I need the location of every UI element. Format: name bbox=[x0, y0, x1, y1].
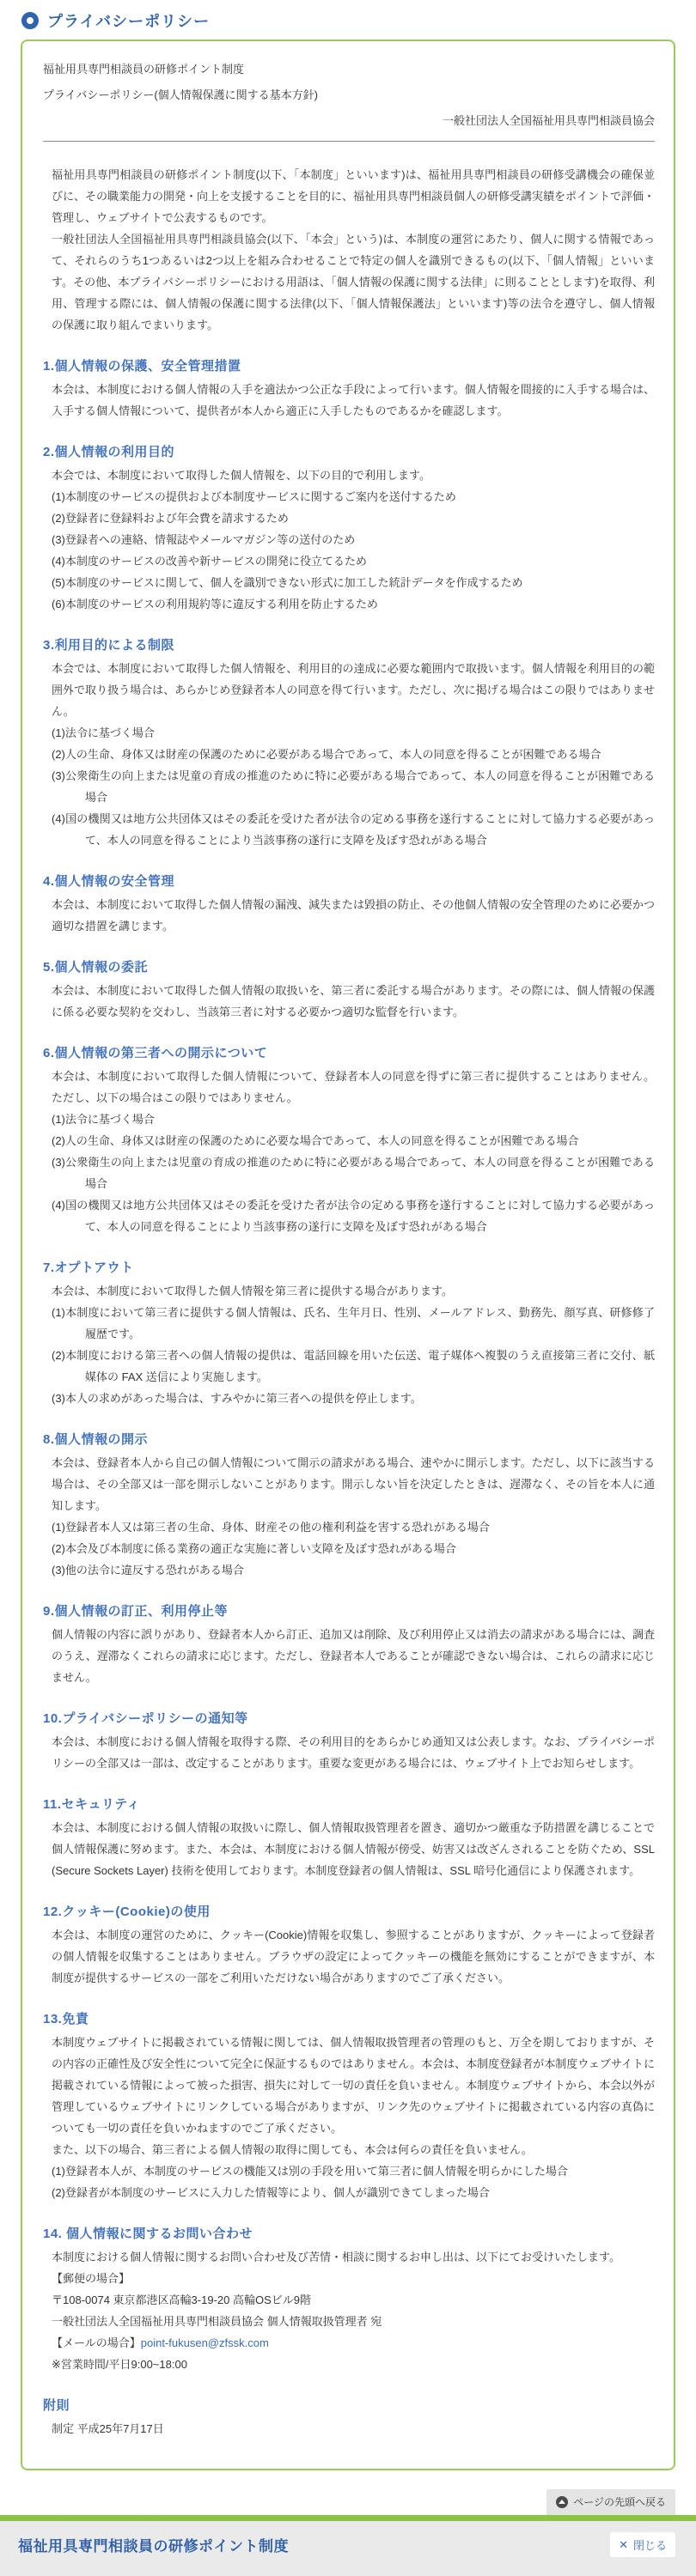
policy-sections: 1.個人情報の保護、安全管理措置本会は、本制度における個人情報の入手を適法かつ公… bbox=[43, 356, 655, 2375]
section-heading: 1.個人情報の保護、安全管理措置 bbox=[43, 356, 655, 374]
policy-section: 8.個人情報の開示本会は、登録者本人から自己の個人情報について開示の請求がある場… bbox=[43, 1430, 655, 1581]
section-heading: 7.オプトアウト bbox=[43, 1258, 655, 1276]
page-header: プライバシーポリシー bbox=[0, 0, 696, 39]
section-paragraph: 本会は、本制度の運営のために、クッキー(Cookie)情報を収集し、参照すること… bbox=[52, 1924, 655, 1989]
section-list-item: (5)本制度のサービスに関して、個人を識別できない形式に加工した統計データを作成… bbox=[52, 572, 655, 593]
system-name: 福祉用具専門相談員の研修ポイント制度 bbox=[43, 62, 655, 77]
policy-section: 9.個人情報の訂正、利用停止等個人情報の内容に誤りがあり、登録者本人から訂正、追… bbox=[43, 1601, 655, 1688]
intro-paragraph: 福祉用具専門相談員の研修ポイント制度(以下、「本制度」といいます)は、福祉用具専… bbox=[52, 164, 655, 228]
policy-section: 1.個人情報の保護、安全管理措置本会は、本制度における個人情報の入手を適法かつ公… bbox=[43, 356, 655, 422]
section-paragraph: 本会は、本制度において取得した個人情報について、登録者本人の同意を得ずに第三者に… bbox=[52, 1066, 655, 1109]
section-heading: 12.クッキー(Cookie)の使用 bbox=[43, 1902, 655, 1920]
document-title: プライバシーポリシー(個人情報保護に関する基本方針) bbox=[43, 88, 655, 103]
section-list-item: (4)国の機関又は地方公共団体又はその委託を受けた者が法令の定める事務を遂行する… bbox=[52, 1194, 655, 1237]
intro-paragraph: 一般社団法人全国福祉用具専門相談員協会(以下、「本会」という)は、本制度の運営に… bbox=[52, 228, 655, 336]
close-icon: ✕ bbox=[619, 2538, 628, 2552]
policy-section: 3.利用目的による制限本会では、本制度において取得した個人情報を、利用目的の達成… bbox=[43, 635, 655, 851]
section-heading: 5.個人情報の委託 bbox=[43, 957, 655, 975]
policy-section: 6.個人情報の第三者への開示について本会は、本制度において取得した個人情報につい… bbox=[43, 1043, 655, 1237]
policy-section: 12.クッキー(Cookie)の使用本会は、本制度の運営のために、クッキー(Co… bbox=[43, 1902, 655, 1989]
section-list-item: (2)人の生命、身体又は財産の保護のために必要な場合であって、本人の同意を得るこ… bbox=[52, 1130, 655, 1151]
section-list-item: (2)登録者が本制度のサービスに入力した情報等により、個人が識別できてしまった場… bbox=[52, 2182, 655, 2203]
policy-section: 7.オプトアウト本会は、本制度において取得した個人情報を第三者に提供する場合があ… bbox=[43, 1258, 655, 1409]
policy-section: 2.個人情報の利用目的本会では、本制度において取得した個人情報を、以下の目的で利… bbox=[43, 442, 655, 615]
policy-section: 4.個人情報の安全管理本会は、本制度において取得した個人情報の漏洩、減失または毀… bbox=[43, 872, 655, 937]
section-heading: 3.利用目的による制限 bbox=[43, 635, 655, 653]
section-list-item: (1)法令に基づく場合 bbox=[52, 722, 655, 744]
section-heading: 13.免責 bbox=[43, 2009, 655, 2027]
section-paragraph: 本会では、本制度において取得した個人情報を、以下の目的で利用します。 bbox=[52, 465, 655, 486]
page-top-row: ページの先頭へ戻る bbox=[0, 2470, 696, 2515]
section-list-item: (1)本制度において第三者に提供する個人情報は、氏名、生年月日、性別、メールアド… bbox=[52, 1302, 655, 1345]
section-list-item: (2)本会及び本制度に係る業務の適正な実施に著しい支障を及ぼす恐れがある場合 bbox=[52, 1538, 655, 1559]
footer-title: 福祉用具専門相談員の研修ポイント制度 bbox=[18, 2534, 289, 2555]
section-heading: 6.個人情報の第三者への開示について bbox=[43, 1043, 655, 1061]
section-heading: 4.個人情報の安全管理 bbox=[43, 872, 655, 890]
section-paragraph: 本会は、本制度において取得した個人情報を第三者に提供する場合があります。 bbox=[52, 1280, 655, 1302]
section-heading: 2.個人情報の利用目的 bbox=[43, 442, 655, 460]
section-paragraph: また、以下の場合、第三者による個人情報の取得に関しても、本会は何らの責任を負いま… bbox=[52, 2139, 655, 2160]
section-heading: 8.個人情報の開示 bbox=[43, 1430, 655, 1448]
policy-content-box: 福祉用具専門相談員の研修ポイント制度 プライバシーポリシー(個人情報保護に関する… bbox=[21, 39, 675, 2470]
section-list-item: (4)本制度のサービスの改善や新サービスの開発に役立てるため bbox=[52, 550, 655, 572]
appendix-text: 制定 平成25年7月17日 bbox=[52, 2418, 655, 2439]
policy-section: 13.免責本制度ウェブサイトに掲載されている情報に関しては、個人情報取扱管理者の… bbox=[43, 2009, 655, 2203]
privacy-policy-page: プライバシーポリシー 福祉用具専門相談員の研修ポイント制度 プライバシーポリシー… bbox=[0, 0, 696, 2576]
section-paragraph: 一般社団法人全国福祉用具専門相談員協会 個人情報取扱管理者 宛 bbox=[52, 2311, 655, 2332]
policy-section: 10.プライバシーポリシーの通知等本会は、本制度における個人情報を取得する際、そ… bbox=[43, 1709, 655, 1774]
policy-section: 11.セキュリティ本会は、本制度における個人情報の取扱いに際し、個人情報取扱管理… bbox=[43, 1795, 655, 1881]
section-list-item: (2)人の生命、身体又は財産の保護のために必要がある場合であって、本人の同意を得… bbox=[52, 744, 655, 765]
back-to-top-button[interactable]: ページの先頭へ戻る bbox=[546, 2489, 675, 2515]
close-label: 閉じる bbox=[633, 2537, 667, 2553]
footer-green-bar bbox=[0, 2515, 696, 2521]
section-list-item: (3)本人の求めがあった場合は、すみやかに第三者への提供を停止します。 bbox=[52, 1388, 655, 1409]
policy-section: 14. 個人情報に関するお問い合わせ本制度における個人情報に関するお問い合わせ及… bbox=[43, 2224, 655, 2375]
section-heading: 10.プライバシーポリシーの通知等 bbox=[43, 1709, 655, 1727]
section-list-item: (3)他の法令に違反する恐れがある場合 bbox=[52, 1559, 655, 1581]
section-paragraph: 本会は、登録者本人から自己の個人情報について開示の請求がある場合、速やかに開示し… bbox=[52, 1452, 655, 1516]
policy-section: 5.個人情報の委託本会は、本制度において取得した個人情報の取扱いを、第三者に委託… bbox=[43, 957, 655, 1023]
section-heading: 14. 個人情報に関するお問い合わせ bbox=[43, 2224, 655, 2242]
email-line: 【メールの場合】point-fukusen@zfssk.com bbox=[52, 2332, 655, 2354]
section-paragraph: 本会は、本制度において取得した個人情報の取扱いを、第三者に委託する場合があります… bbox=[52, 980, 655, 1023]
section-list-item: (4)国の機関又は地方公共団体又はその委託を受けた者が法令の定める事務を遂行する… bbox=[52, 808, 655, 851]
section-paragraph: 本会は、本制度における個人情報の取扱いに際し、個人情報取扱管理者を置き、適切かつ… bbox=[52, 1817, 655, 1881]
section-paragraph: ※営業時間/平日9:00~18:00 bbox=[52, 2354, 655, 2375]
page-footer: 福祉用具専門相談員の研修ポイント制度 ✕ 閉じる bbox=[0, 2521, 696, 2576]
section-list-item: (3)登録者への連絡、情報誌やメールマガジン等の送付のため bbox=[52, 529, 655, 550]
close-button[interactable]: ✕ 閉じる bbox=[610, 2532, 675, 2557]
page-title: プライバシーポリシー bbox=[47, 9, 210, 32]
section-heading: 9.個人情報の訂正、利用停止等 bbox=[43, 1601, 655, 1619]
email-link[interactable]: point-fukusen@zfssk.com bbox=[141, 2336, 269, 2349]
appendix-heading: 附則 bbox=[43, 2396, 655, 2414]
section-paragraph: 本会では、本制度において取得した個人情報を、利用目的の達成に必要な範囲内で取扱い… bbox=[52, 658, 655, 722]
organization-name: 一般社団法人全国福祉用具専門相談員協会 bbox=[43, 113, 655, 129]
section-paragraph: 個人情報の内容に誤りがあり、登録者本人から訂正、追加又は削除、及び利用停止又は消… bbox=[52, 1624, 655, 1688]
back-to-top-label: ページの先頭へ戻る bbox=[573, 2494, 666, 2509]
section-list-item: (6)本制度のサービスの利用規約等に違反する利用を防止するため bbox=[52, 593, 655, 615]
arrow-up-circle-icon bbox=[556, 2496, 568, 2508]
section-paragraph: 本制度における個人情報に関するお問い合わせ及び苦情・相談に関するお申し出は、以下… bbox=[52, 2246, 655, 2268]
section-paragraph: 本会は、本制度における個人情報の入手を適法かつ公正な手段によって行います。個人情… bbox=[52, 379, 655, 422]
intro-paragraphs: 福祉用具専門相談員の研修ポイント制度(以下、「本制度」といいます)は、福祉用具専… bbox=[43, 164, 655, 336]
section-list-item: (2)本制度における第三者への個人情報の提供は、電話回線を用いた伝送、電子媒体へ… bbox=[52, 1345, 655, 1388]
section-list-item: (3)公衆衛生の向上または児童の育成の推進のために特に必要がある場合であって、本… bbox=[52, 765, 655, 808]
section-paragraph: 本会は、本制度における個人情報を取得する際、その利用目的をあらかじめ通知又は公表… bbox=[52, 1731, 655, 1774]
section-list-item: (1)本制度のサービスの提供および本制度サービスに関するご案内を送付するため bbox=[52, 486, 655, 507]
appendix: 附則 制定 平成25年7月17日 bbox=[43, 2396, 655, 2439]
section-paragraph: 本会は、本制度において取得した個人情報の漏洩、減失または毀損の防止、その他個人情… bbox=[52, 894, 655, 937]
section-paragraph: 【郵便の場合】 bbox=[52, 2268, 655, 2289]
section-list-item: (1)法令に基づく場合 bbox=[52, 1109, 655, 1130]
section-list-item: (2)登録者に登録料および年会費を請求するため bbox=[52, 507, 655, 529]
section-list-item: (3)公衆衛生の向上または児童の育成の推進のために特に必要がある場合であって、本… bbox=[52, 1151, 655, 1194]
document-head: 福祉用具専門相談員の研修ポイント制度 プライバシーポリシー(個人情報保護に関する… bbox=[43, 62, 655, 142]
section-heading: 11.セキュリティ bbox=[43, 1795, 655, 1813]
section-paragraph: 〒108-0074 東京都港区高輪3-19-20 高輪OSビル9階 bbox=[52, 2289, 655, 2311]
head-divider bbox=[43, 141, 655, 142]
section-paragraph: 本制度ウェブサイトに掲載されている情報に関しては、個人情報取扱管理者の管理のもと… bbox=[52, 2032, 655, 2139]
email-label: 【メールの場合】 bbox=[52, 2336, 141, 2349]
ring-bullet-icon bbox=[21, 12, 39, 29]
section-list-item: (1)登録者本人又は第三者の生命、身体、財産その他の権利利益を害する恐れがある場… bbox=[52, 1516, 655, 1538]
section-list-item: (1)登録者本人が、本制度のサービスの機能又は別の手段を用いて第三者に個人情報を… bbox=[52, 2160, 655, 2182]
